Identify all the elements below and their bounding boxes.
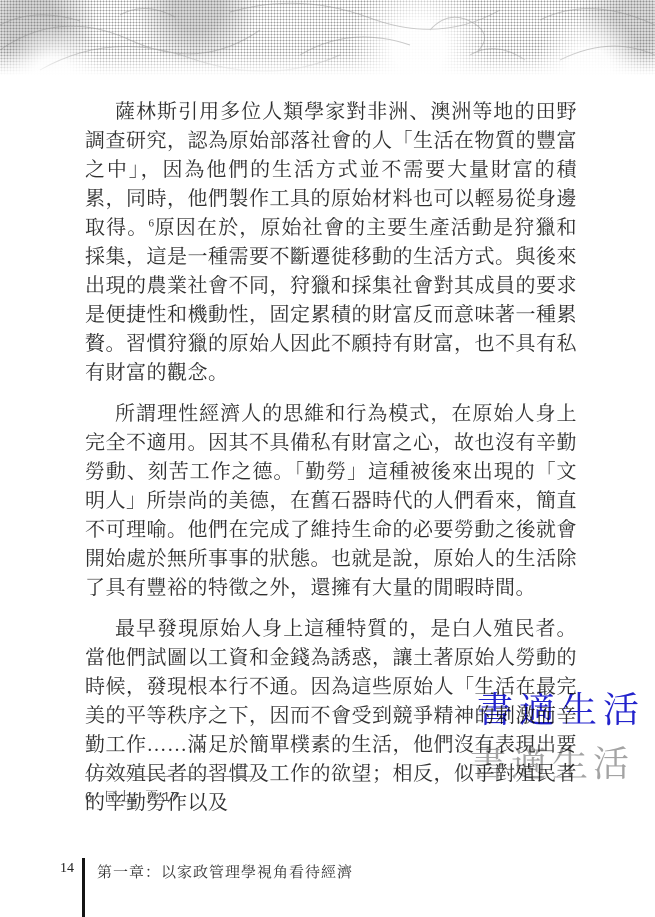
footnote-marker: 6 [85, 789, 93, 804]
footnote-area: 6同上，頁 17 [85, 776, 253, 805]
footer-divider-bar [82, 858, 85, 917]
book-page: 薩林斯引用多位人類學家對非洲、澳洲等地的田野調查研究，認為原始部落社會的人「生活… [0, 0, 655, 917]
footnote-text: 同上，頁 17 [105, 789, 179, 804]
footnote-divider [85, 776, 253, 777]
page-number: 14 [48, 858, 74, 877]
engraving-texture-lines [0, 0, 655, 80]
page-footer: 14 第一章：以家政管理學視角看待經濟 [48, 858, 353, 917]
page-body: 薩林斯引用多位人類學家對非洲、澳洲等地的田野調查研究，認為原始部落社會的人「生活… [85, 98, 577, 830]
footnote: 6同上，頁 17 [85, 786, 253, 805]
paragraph-2: 所謂理性經濟人的思維和行為模式，在原始人身上完全不適用。因其不具備私有財富之心，… [85, 400, 577, 603]
paragraph-1: 薩林斯引用多位人類學家對非洲、澳洲等地的田野調查研究，認為原始部落社會的人「生活… [85, 98, 577, 388]
decorative-engraving-banner [0, 0, 655, 80]
chapter-title: 第一章：以家政管理學視角看待經濟 [97, 858, 353, 882]
paragraph-1-continuation: 原因在於，原始社會的主要生產活動是狩獵和採集，這是一種需要不斷遷徙移動的生活方式… [85, 217, 577, 384]
